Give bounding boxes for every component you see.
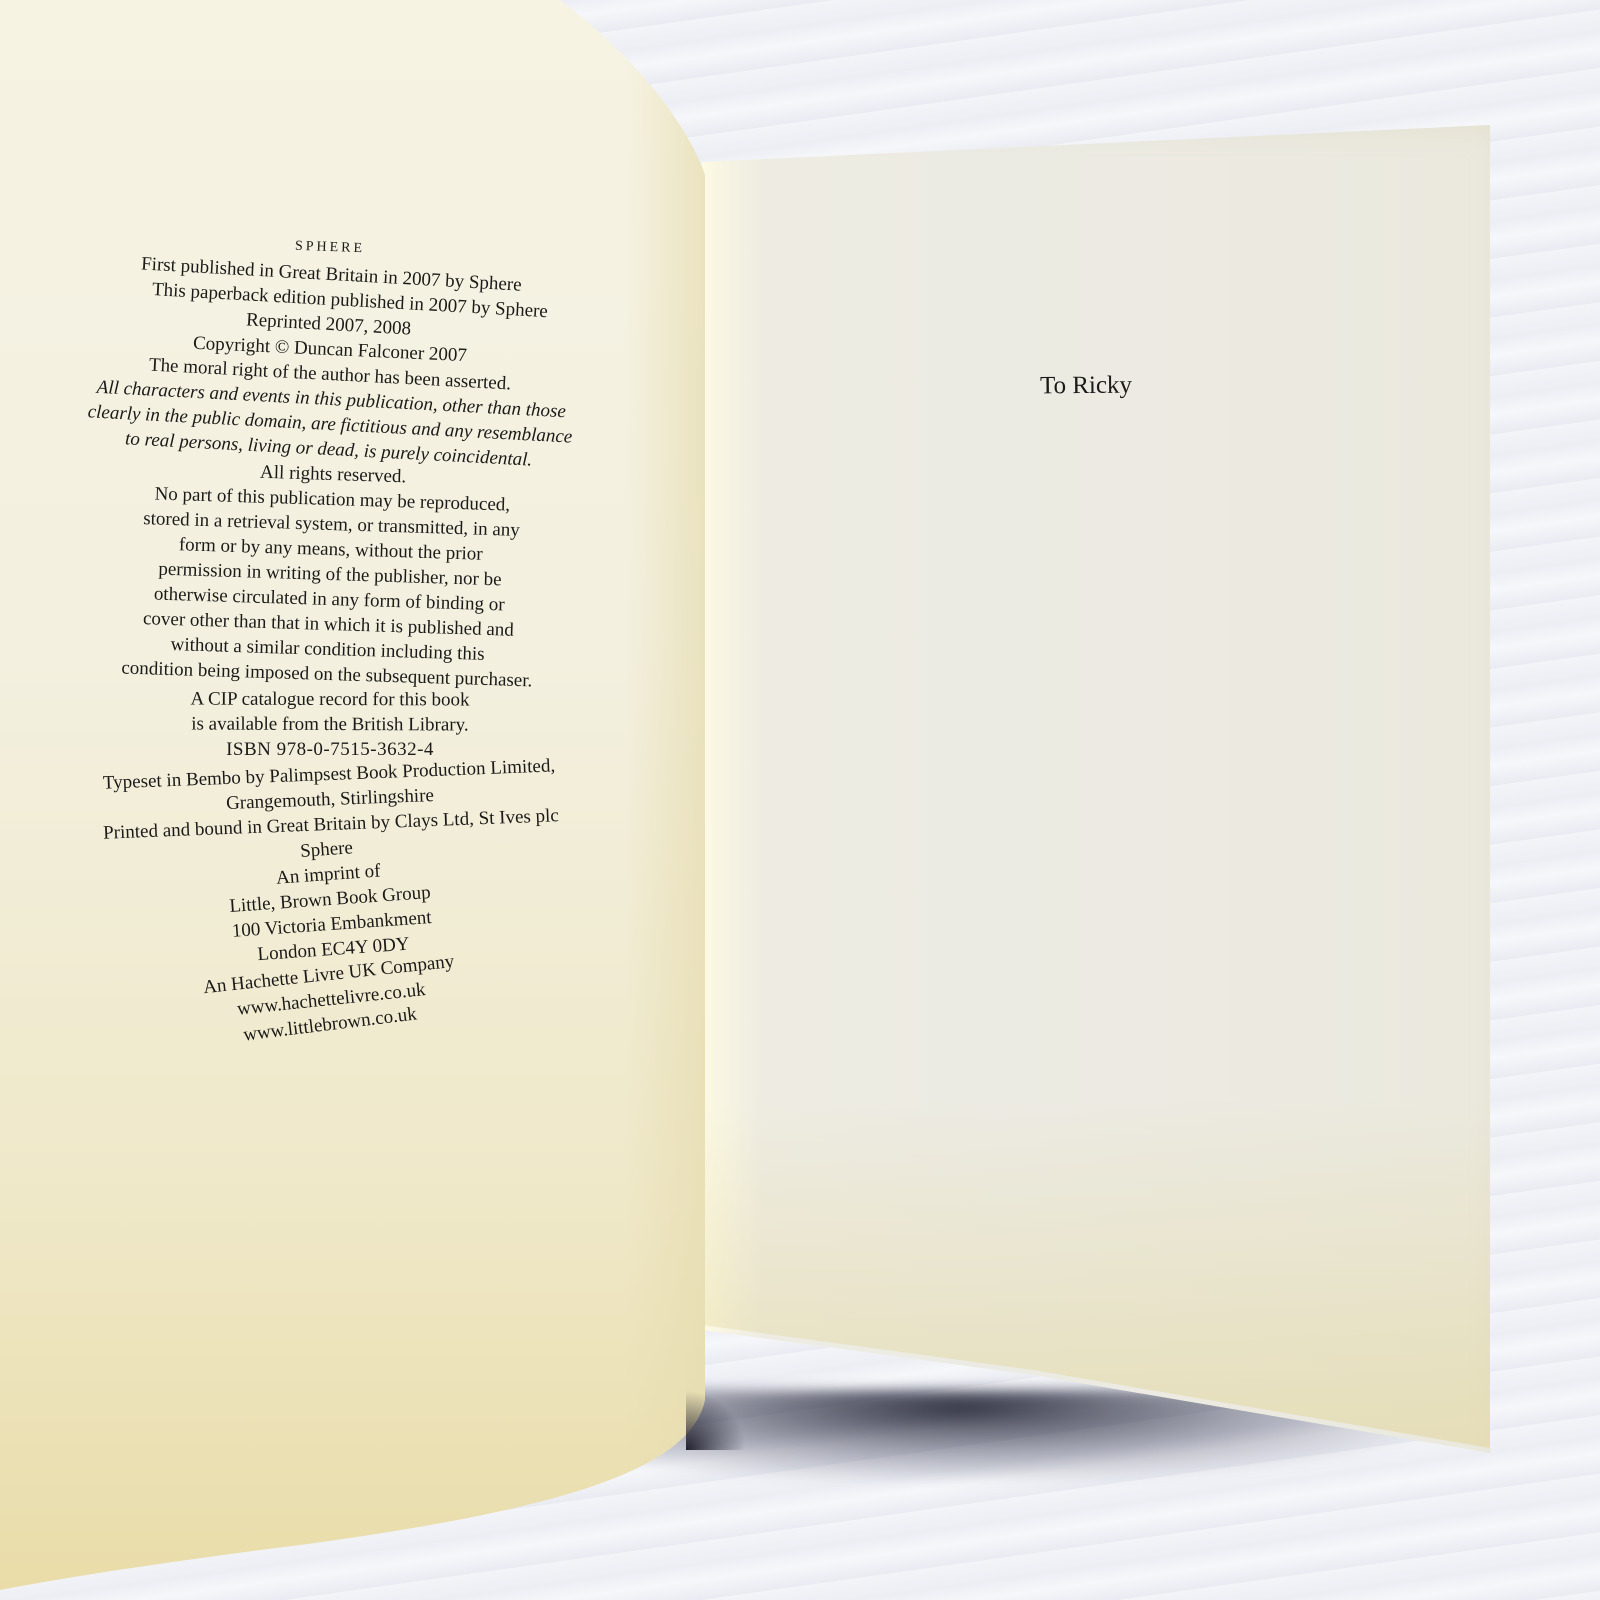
spine-gap xyxy=(686,1390,746,1450)
copyright-page-text: SPHERE First published in Great Britain … xyxy=(55,240,605,1037)
dedication: To Ricky xyxy=(1040,372,1132,401)
rights-reserved-notice: All rights reserved. No part of this pub… xyxy=(52,453,609,695)
cip-line: is available from the British Library. xyxy=(55,711,605,738)
cip-line: A CIP catalogue record for this book xyxy=(55,686,605,713)
cip-notice: A CIP catalogue record for this book is … xyxy=(55,686,605,738)
book-photo-scene: SPHERE First published in Great Britain … xyxy=(0,0,1600,1600)
right-page xyxy=(702,125,1490,1570)
